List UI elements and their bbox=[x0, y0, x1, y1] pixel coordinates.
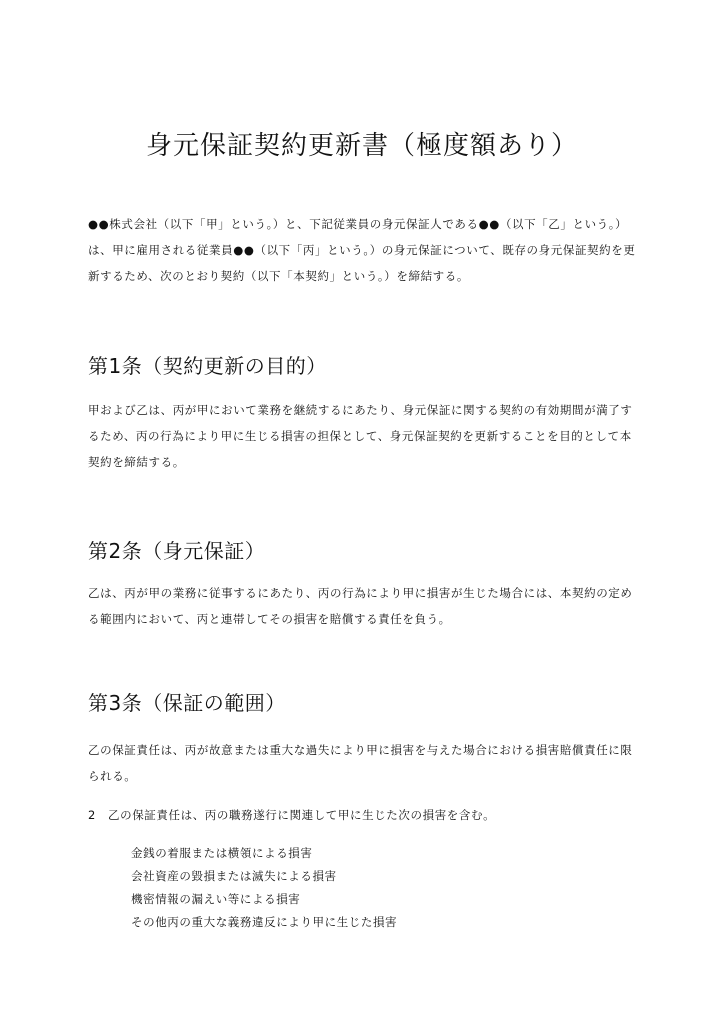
preamble: ●●株式会社（以下「甲」という。）と、下記従業員の身元保証人である●●（以下「乙… bbox=[88, 211, 636, 289]
list-item: 機密情報の漏えい等による損害 bbox=[131, 888, 397, 911]
article-1-heading: 第1条（契約更新の目的） bbox=[88, 350, 327, 379]
article-3-body: 乙の保証責任は、丙が故意または重大な過失により甲に損害を与えた場合における損害賠… bbox=[88, 737, 636, 789]
clause-number: 2 bbox=[88, 802, 108, 828]
article-2-body: 乙は、丙が甲の業務に従事するにあたり、丙の行為により甲に損害が生じた場合には、本… bbox=[88, 580, 636, 632]
article-3-clause-2: 2乙の保証責任は、丙の職務遂行に関連して甲に生じた次の損害を含む。 bbox=[88, 802, 636, 828]
article-2-heading: 第2条（身元保証） bbox=[88, 535, 265, 564]
list-item: 会社資産の毀損または滅失による損害 bbox=[131, 865, 397, 888]
article-1-body: 甲および乙は、丙が甲において業務を継続するにあたり、身元保証に関する契約の有効期… bbox=[88, 397, 636, 475]
list-item: その他丙の重大な義務違反により甲に生じた損害 bbox=[131, 911, 397, 934]
damage-list: 金銭の着服または横領による損害 会社資産の毀損または滅失による損害 機密情報の漏… bbox=[131, 842, 397, 934]
article-3-heading: 第3条（保証の範囲） bbox=[88, 687, 286, 716]
document-title: 身元保証契約更新書（極度額あり） bbox=[0, 125, 724, 162]
document-page: 身元保証契約更新書（極度額あり） ●●株式会社（以下「甲」という。）と、下記従業… bbox=[0, 0, 724, 1024]
clause-text: 乙の保証責任は、丙の職務遂行に関連して甲に生じた次の損害を含む。 bbox=[108, 808, 495, 822]
list-item: 金銭の着服または横領による損害 bbox=[131, 842, 397, 865]
